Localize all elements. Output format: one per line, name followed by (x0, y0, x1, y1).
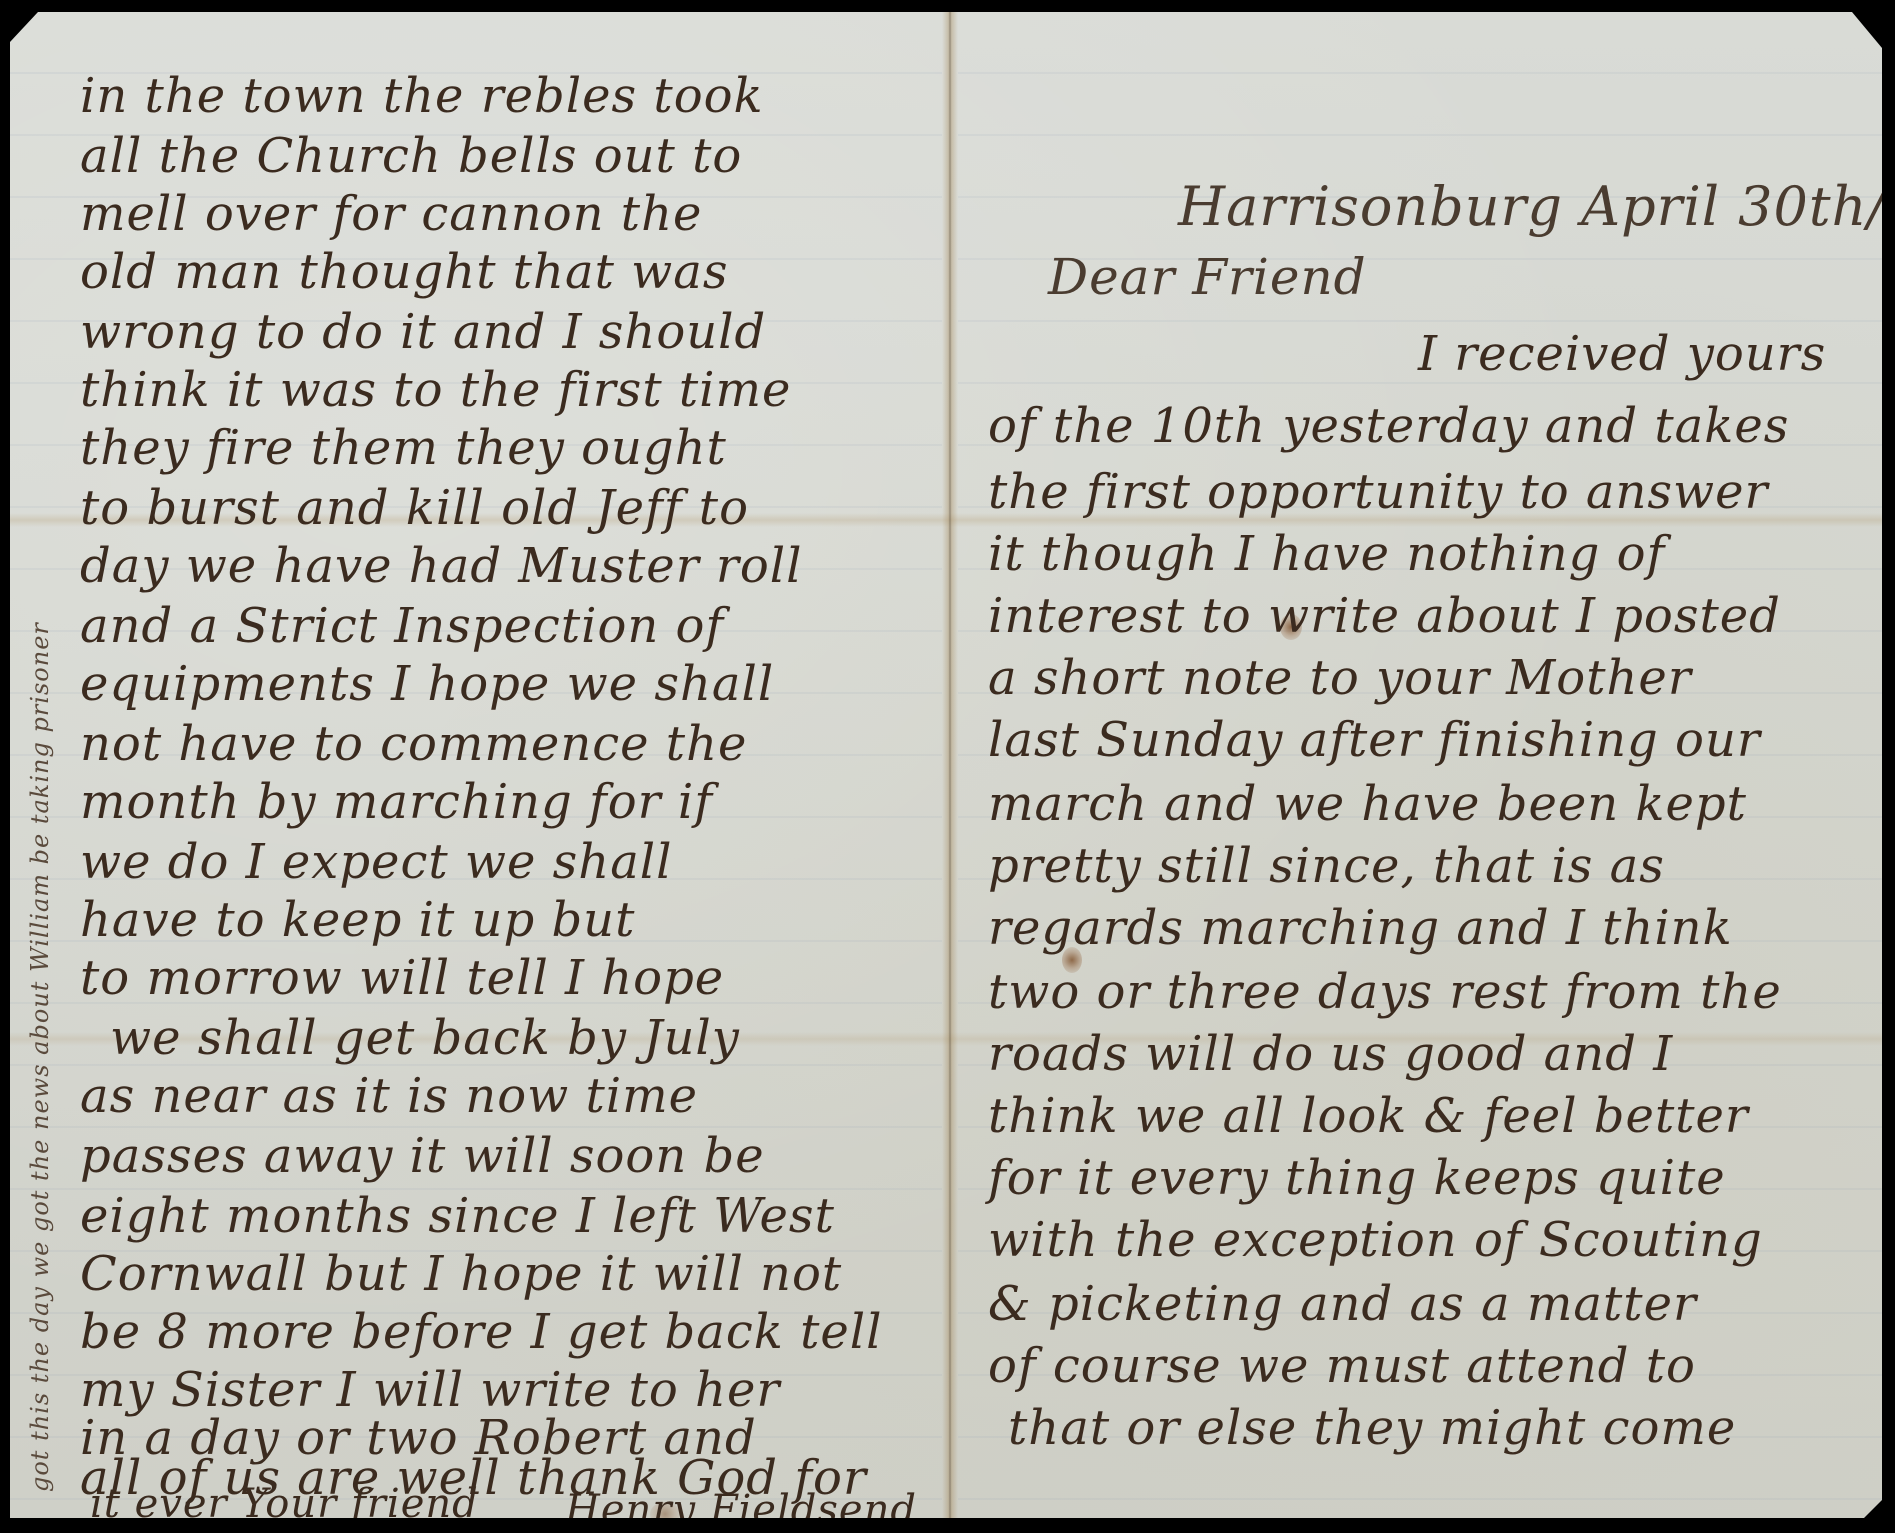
right-line-14: for it every thing keeps quite (988, 1154, 1726, 1202)
right-line-9: pretty still since, that is as (988, 842, 1665, 890)
right-line-1: I received yours (1418, 330, 1826, 378)
left-line-10: and a Strict Inspection of (80, 602, 724, 650)
right-line-7: last Sunday after finishing our (988, 716, 1761, 764)
left-line-20: eight months since I left West (80, 1192, 835, 1240)
right-line-8: march and we have been kept (988, 780, 1747, 828)
right-line-3: the first opportunity to answer (988, 468, 1768, 516)
left-line-7: they fire them they ought (80, 424, 727, 472)
right-line-13: think we all look & feel better (988, 1092, 1749, 1140)
salutation: Dear Friend (1048, 252, 1367, 302)
right-page: Harrisonburg April 30th/62 Dear Friend I… (958, 12, 1882, 1518)
left-line-22: be 8 more before I get back tell (80, 1308, 882, 1356)
left-page: in the town the rebles took all the Chur… (10, 12, 942, 1518)
right-line-18: that or else they might come (1008, 1404, 1736, 1452)
letter-paper: in the town the rebles took all the Chur… (10, 12, 1882, 1518)
left-line-5: wrong to do it and I should (80, 308, 766, 356)
right-line-16: & picketing and as a matter (988, 1280, 1697, 1328)
left-line-4: old man thought that was (80, 248, 728, 296)
center-fold (942, 12, 958, 1518)
right-line-12: roads will do us good and I (988, 1030, 1673, 1078)
margin-note-vertical: got this the day we got the news about W… (26, 622, 54, 1492)
right-line-15: with the exception of Scouting (988, 1216, 1763, 1264)
right-line-6: a short note to your Mother (988, 654, 1692, 702)
right-line-17: of course we must attend to (988, 1342, 1696, 1390)
left-line-1: in the town the rebles took (80, 72, 764, 120)
left-line-14: we do I expect we shall (80, 838, 673, 886)
left-line-2: all the Church bells out to (80, 132, 742, 180)
left-line-6: think it was to the first time (80, 366, 791, 414)
left-line-11: equipments I hope we shall (80, 660, 774, 708)
letter-heading-place-date: Harrisonburg April 30th/62 (1178, 180, 1895, 234)
left-line-26: it ever Your friend (90, 1484, 479, 1524)
signature: Henry Fieldsend (565, 1490, 917, 1530)
right-line-4: it though I have nothing of (988, 530, 1665, 578)
left-line-15: have to keep it up but (80, 896, 635, 944)
left-line-8: to burst and kill old Jeff to (80, 484, 749, 532)
left-line-23: my Sister I will write to her (80, 1366, 780, 1414)
right-line-5: interest to write about I posted (988, 592, 1781, 640)
right-line-10: regards marching and I think (988, 904, 1733, 952)
left-line-3: mell over for cannon the (80, 190, 702, 238)
left-line-9: day we have had Muster roll (80, 542, 802, 590)
right-line-2: of the 10th yesterday and takes (988, 402, 1789, 450)
right-line-11: two or three days rest from the (988, 968, 1782, 1016)
left-line-21: Cornwall but I hope it will not (80, 1250, 842, 1298)
left-line-18: as near as it is now time (80, 1072, 698, 1120)
left-line-12: not have to commence the (80, 720, 747, 768)
left-line-19: passes away it will soon be (80, 1132, 765, 1180)
left-line-16: to morrow will tell I hope (80, 954, 724, 1002)
left-line-13: month by marching for if (80, 778, 713, 826)
left-line-17: we shall get back by July (110, 1014, 740, 1062)
